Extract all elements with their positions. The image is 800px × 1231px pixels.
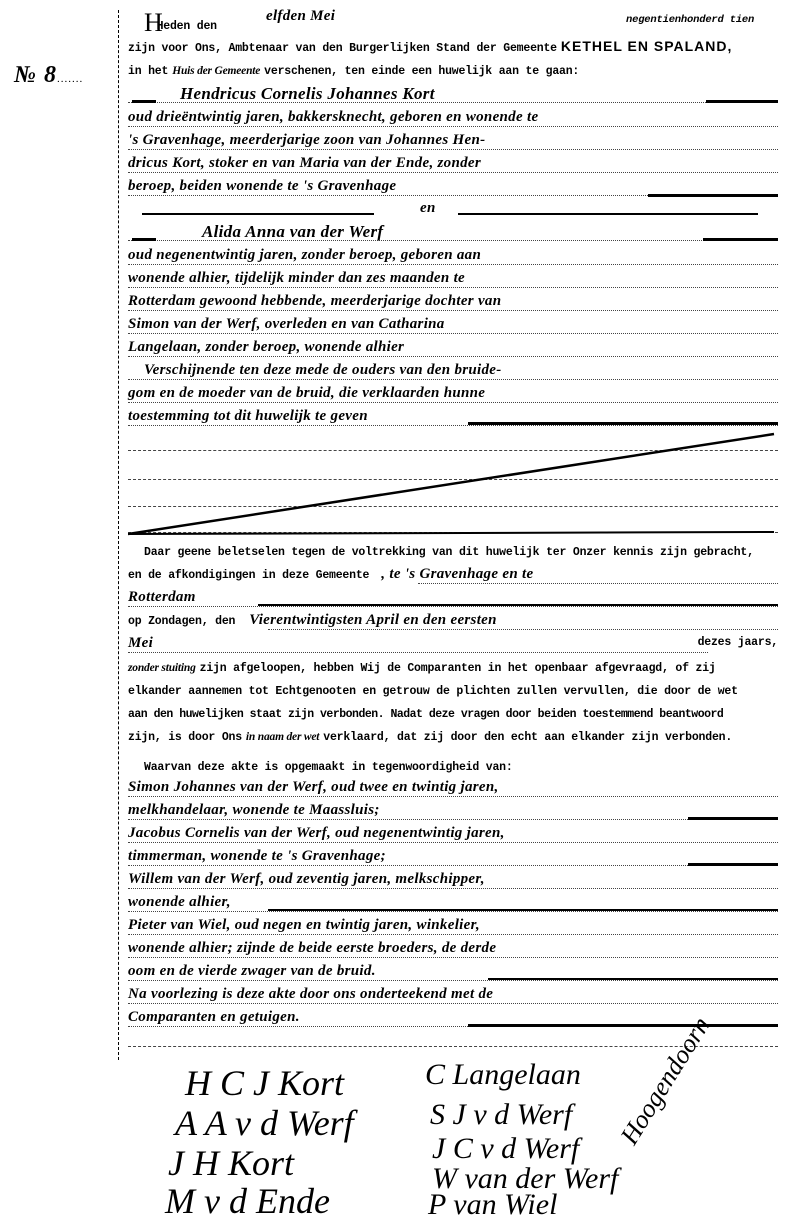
signature-bride: A A v d Werf — [175, 1102, 354, 1144]
bride-detail-line: oud negenentwintig jaren, zonder beroep,… — [128, 246, 778, 267]
proclamation-places: , te 's Gravenhage en te — [381, 566, 533, 582]
groom-detail-line: beroep, beiden wonende te 's Gravenhage — [128, 177, 778, 198]
witness-line: wonende alhier, — [128, 893, 778, 914]
margin-border — [118, 10, 119, 1060]
proclamation-line: Rotterdam — [128, 588, 778, 609]
groom-name-line: Hendricus Cornelis Johannes Kort — [128, 84, 778, 105]
groom-detail-line: dricus Kort, stoker en van Maria van der… — [128, 154, 778, 175]
witness-line: Willem van der Werf, oud zeventig jaren,… — [128, 870, 778, 891]
bride-detail-line: Rotterdam gewoond hebbende, meerderjarig… — [128, 292, 778, 313]
bride-detail-line: Simon van der Werf, overleden en van Cat… — [128, 315, 778, 336]
proclamation-line: op Zondagen, den Vierentwintigsten April… — [128, 611, 778, 632]
closing-line: Comparanten en getuigen. — [128, 1008, 778, 1029]
witness-line: Pieter van Wiel, oud negen en twintig ja… — [128, 916, 778, 937]
signature-bride-mother: C Langelaan — [425, 1058, 581, 1092]
witness-line: wonende alhier; zijnde de beide eerste b… — [128, 939, 778, 960]
bride-name: Alida Anna van der Werf — [202, 222, 383, 242]
conjunction-en: en — [420, 200, 436, 217]
proclamation-line: Mei dezes jaars, — [128, 634, 778, 655]
municipality-name: KETHEL EN SPALAND, — [561, 38, 733, 54]
proclamation-line: aan den huwelijken staat zijn verbonden.… — [128, 704, 778, 725]
bride-name-line: Alida Anna van der Werf — [128, 222, 778, 243]
header-line-3: in het Huis der Gemeente verschenen, ten… — [128, 61, 778, 82]
proclamation-place-2: Rotterdam — [128, 589, 196, 605]
proclamation-line: Daar geene beletselen tegen de voltrekki… — [144, 542, 794, 563]
town-hall-label: Huis der Gemeente — [172, 65, 260, 77]
proclamation-line: zonder stuiting zijn afgeloopen, hebben … — [128, 658, 778, 679]
marriage-date-handwritten: elfden Mei — [266, 8, 335, 25]
witness-line: Simon Johannes van der Werf, oud twee en… — [128, 778, 778, 799]
signature-groom: H C J Kort — [185, 1062, 344, 1104]
header-line-1: HHeden den elfden Mei negentienhonderd t… — [128, 12, 778, 33]
closing-line: Na voorlezing is deze akte door ons onde… — [128, 985, 778, 1006]
witnesses-intro: Waarvan deze akte is opgemaakt in tegenw… — [144, 757, 794, 778]
witness-line: Jacobus Cornelis van der Werf, oud negen… — [128, 824, 778, 845]
signature-witness-1: S J v d Werf — [430, 1098, 572, 1132]
registrar-text: zijn voor Ons, Ambtenaar van den Burgerl… — [128, 42, 557, 55]
witness-line: timmerman, wonende te 's Gravenhage; — [128, 847, 778, 868]
cancellation-stroke — [128, 410, 778, 540]
proclamation-line: en de afkondigingen in deze Gemeente , t… — [128, 565, 778, 586]
year-label: negentienhonderd tien — [626, 14, 754, 26]
groom-detail-line: oud drieëntwintig jaren, bakkersknecht, … — [128, 108, 778, 129]
proclamation-line: elkander aannemen tot Echtgenooten en ge… — [128, 681, 778, 702]
witness-line: melkhandelaar, wonende te Maassluis; — [128, 801, 778, 822]
bride-detail-line: Langelaan, zonder beroep, wonende alhier — [128, 338, 778, 359]
header-line-2: zijn voor Ons, Ambtenaar van den Burgerl… — [128, 38, 778, 59]
bride-detail-line: wonende alhier, tijdelijk minder dan zes… — [128, 269, 778, 290]
heden-den-label: Heden den — [157, 20, 217, 33]
margin-record-number: № 8....... — [14, 62, 83, 89]
proclamation-dates: Vierentwintigsten April en den eersten — [249, 612, 497, 628]
conjunction-line: en — [128, 200, 778, 221]
signature-witness-4: P van Wiel — [428, 1188, 557, 1222]
consent-line: Verschijnende ten deze mede de ouders va… — [128, 361, 778, 382]
signature-witness-2: J C v d Werf — [432, 1132, 579, 1166]
witness-line: oom en de vierde zwager van de bruid. — [128, 962, 778, 983]
signature-groom-father: J H Kort — [168, 1142, 294, 1184]
signature-groom-mother: M v d Ende — [165, 1180, 330, 1222]
groom-detail-line: 's Gravenhage, meerderjarige zoon van Jo… — [128, 131, 778, 152]
consent-line: gom en de moeder van de bruid, die verkl… — [128, 384, 778, 405]
proclamation-line: zijn, is door Ons in naam der wet verkla… — [128, 727, 778, 748]
groom-name: Hendricus Cornelis Johannes Kort — [180, 84, 435, 104]
